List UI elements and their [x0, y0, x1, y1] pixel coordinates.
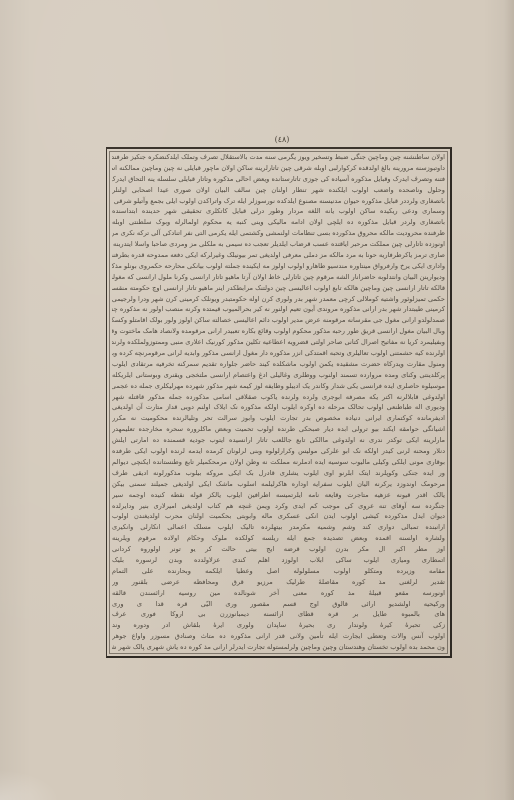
text-line: ور ایده جنکی وکوپلرند ایتک ابلرنو اوی ای… — [112, 468, 445, 479]
text-line: تقدیر لرلغنی مذ کوره مقاصلهٔ طرلیک مرزیو… — [112, 577, 445, 588]
text-line: ودیوری اله طباطنعی اولوب تحالک مرحله ده … — [112, 402, 445, 413]
text-line: دنلار ومحنه لرنی کیدر اولکه نک ابو علرکی… — [112, 446, 445, 457]
text-line: ومنول مقارت ویدرکاه حضرت مشقیده یکمن اول… — [112, 359, 445, 370]
text-line: مارلرینه ایکی توکدر ندری نه اولدوغی ماال… — [112, 435, 445, 446]
page-number: (٤٨) — [262, 135, 302, 144]
text-line: واداری ایکی یرخ وارفرواق مینتاوره مندسیو… — [112, 261, 445, 272]
text-line: ادیفرمانده کوکتماری ایرانی دنیاده مخصوص … — [112, 413, 445, 424]
text-line: اتمطاری ومیاری ایلوب ساکی ابلاب اولوزد ا… — [112, 555, 445, 566]
text-line: وبفیلیمرد کریا نه مفاتیح اصرال کتانی صاح… — [112, 337, 445, 348]
text-line: وبال البیان مغول ارانسی قریق طور رحبه مذ… — [112, 326, 445, 337]
text-line: ولشاره اولسنه اقمده وبعض تصدیده جمع ایله… — [112, 533, 445, 544]
text-line: وسماری ودعی ریکیده ساکن اولوب یانه اللغه… — [112, 206, 445, 217]
text-line: ارانبنده تمبالی دواری کند وشم وشمیه مکرم… — [112, 522, 445, 533]
text-line: زکی تحبرهٔ کیرهٔ ولوندار ری بحیرهٔ ساپدا… — [112, 620, 445, 631]
text-line: ورکیحیه اولشدیو ارائی قالوق اوج قسم مقصو… — [112, 599, 445, 610]
text-line: اشیانگی حوامقه ایکند بیو ترولی ابده دیار… — [112, 424, 445, 435]
text-line: اولوب آنس والات وتعطی ایجارت ایله تأمین … — [112, 631, 445, 642]
text-line: باتصغاری ولرددر قبایل مذکوره حیوان مدنیس… — [112, 196, 445, 207]
text-line: ودیوارینن البیان وانتدلوبه حاضرانار الشه… — [112, 272, 445, 283]
text-line: باتصغاری ولردر قبایل مذکوره ده ایلچی اول… — [112, 217, 445, 228]
text-frame: اولان ساطنشنه چین وماچین جنگی ضبط وتسخیر… — [106, 147, 452, 658]
text-line: مرحومک اوندوزد یرکرنه الیان ایلوب سفرایه… — [112, 479, 445, 490]
text-line: اولدوغی قابلالرنه اکتر یکه مصرفه ابوجری … — [112, 392, 445, 403]
text-line: پرکلدینتی وکنای ومده مروارده تسمند اولنو… — [112, 370, 445, 381]
text-line: اوز مطر اکبر ال مکر بدرن اولوب قرضه ایج … — [112, 544, 445, 555]
text-line: اونوزده تاتارلی چین مملکت مرحبر ایاقتده … — [112, 239, 445, 250]
text-line: اونورسه مقعو قبیلهٔ مذ کوره معنی آخر شون… — [112, 588, 445, 599]
text-line: اولان ساطنشنه چین وماچین جنگی ضبط وتسخیر… — [112, 152, 445, 163]
text-line: حکمی تمیزلوئور واشتیه کوملالی کرچی معمدر… — [112, 294, 445, 305]
scanned-book-page: (٤٨) اولان ساطنشنه چین وماچین جنگی ضبط و… — [0, 0, 514, 800]
text-line: مقامه وزیرده ومتکلو اولوب مسلولوله اصل و… — [112, 566, 445, 577]
text-line: جنگرده سه آوقای تنه عروی کی موجب کم ایدی… — [112, 501, 445, 512]
text-line: ون محمد بده اولوب تخستان وهندستان وچین و… — [112, 642, 445, 653]
text-line: قالکه تاتار ارانسی چین وماچین هالکه تابع… — [112, 283, 445, 294]
text-line: موسیلوه حاصلری ایده فرانسی یکی شدار وکان… — [112, 381, 445, 392]
text-line: وحلول وناصحده واضعب اولوب ایلکنده شهر تن… — [112, 185, 445, 196]
text-line: یالک اقدر قیونه عزهیه متاجرت وقایعه نامه… — [112, 490, 445, 501]
page-corner-highlight — [0, 770, 60, 800]
text-line: های بالمبوه طایل بر قره قطای ارائسنه دیم… — [112, 609, 445, 620]
page-edge-shadow — [504, 0, 514, 800]
text-line: اولرنده کیه حشمتنی اولوب تعالیلری وتحبه … — [112, 348, 445, 359]
body-text: اولان ساطنشنه چین وماچین جنگی ضبط وتسخیر… — [112, 152, 445, 653]
text-line: ظرفنده محرودیت مالکه محروق مذکورده بسی ت… — [112, 228, 445, 239]
text-line: دیوان ایدل مذکورده کیشی اولوب ایدن انکی … — [112, 511, 445, 522]
text-line: فتنه وتصرف ایدرک وقبایل مذکوره آسیاده کی… — [112, 174, 445, 185]
text-line: داوتبوزسنه مرورینه بالغ اولدقده کرکوارلب… — [112, 163, 445, 174]
text-line: صاری ترمز یاکرطرفاریه حونا به مرد مالکه … — [112, 250, 445, 261]
text-line: کرمینی طیبتدار شهر بدر ارانی مذکوره مرون… — [112, 304, 445, 315]
text-line: صمدلولدو ارانی مغول جی مقرسانه مرقومنه ع… — [112, 315, 445, 326]
text-line: بوقاری مونی ایلکی وکیلی مالیوب سوسیه اید… — [112, 457, 445, 468]
